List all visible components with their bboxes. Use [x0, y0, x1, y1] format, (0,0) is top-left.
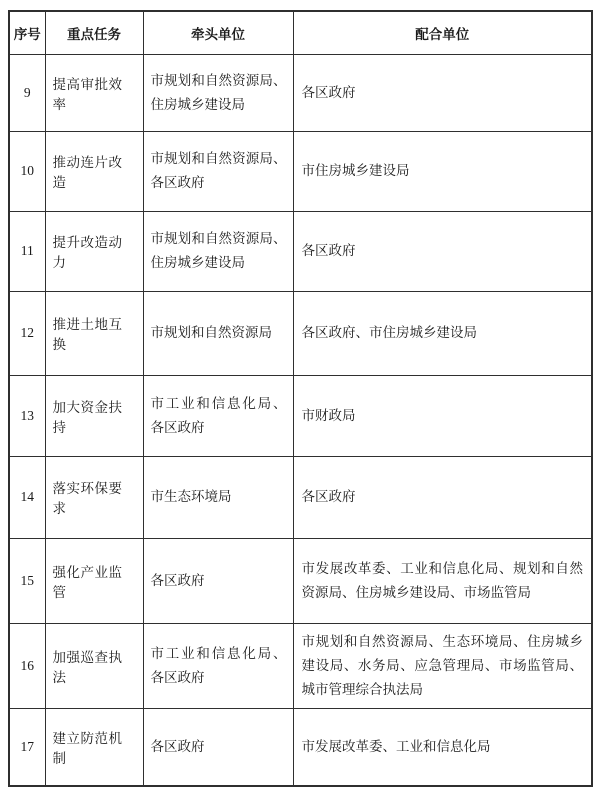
row-number: 11 — [9, 211, 45, 291]
text-line: 市住房城乡建设局 — [302, 159, 584, 183]
column-header-support-unit: 配合单位 — [293, 11, 592, 54]
text-line: 各区政府、市住房城乡建设局 — [302, 321, 584, 345]
support-unit-cell: 市发展改革委、工业和信息化局、规划和自然资源局、住房城乡建设局、市场监管局 — [293, 538, 592, 623]
text-line: 市工业和信息化局、 — [151, 392, 287, 416]
text-line: 市规划和自然资源局、生态环境局、住房城乡 — [302, 630, 584, 654]
support-unit-cell: 市住房城乡建设局 — [293, 131, 592, 211]
lead-unit-cell: 市规划和自然资源局、住房城乡建设局 — [143, 54, 293, 131]
lead-unit-cell: 市工业和信息化局、各区政府 — [143, 623, 293, 708]
lead-unit-cell: 各区政府 — [143, 708, 293, 786]
lead-unit-cell: 市规划和自然资源局、各区政府 — [143, 131, 293, 211]
column-header-lead-unit: 牵头单位 — [143, 11, 293, 54]
support-unit-cell: 市发展改革委、工业和信息化局 — [293, 708, 592, 786]
row-number: 9 — [9, 54, 45, 131]
key-tasks-table: 序号 重点任务 牵头单位 配合单位 9 提高审批效率 市规划和自然资源局、住房城… — [8, 10, 593, 787]
task-cell: 提升改造动力 — [45, 211, 143, 291]
text-line: 建设局、水务局、应急管理局、市场监管局、 — [302, 654, 584, 678]
text-line: 各区政府 — [151, 735, 287, 759]
support-unit-cell: 市规划和自然资源局、生态环境局、住房城乡建设局、水务局、应急管理局、市场监管局、… — [293, 623, 592, 708]
text-line: 各区政府 — [302, 239, 584, 263]
task-cell: 推进土地互换 — [45, 291, 143, 375]
text-line: 资源局、住房城乡建设局、市场监管局 — [302, 581, 584, 605]
text-line: 住房城乡建设局 — [151, 251, 287, 275]
row-number: 10 — [9, 131, 45, 211]
task-cell: 建立防范机制 — [45, 708, 143, 786]
document-page: 序号 重点任务 牵头单位 配合单位 9 提高审批效率 市规划和自然资源局、住房城… — [0, 0, 602, 797]
row-number: 13 — [9, 375, 45, 456]
support-unit-cell: 各区政府 — [293, 211, 592, 291]
text-line: 市规划和自然资源局、 — [151, 69, 287, 93]
text-line: 市发展改革委、工业和信息化局 — [302, 735, 584, 759]
table-row: 13 加大资金扶持 市工业和信息化局、各区政府 市财政局 — [9, 375, 592, 456]
text-line: 市财政局 — [302, 404, 584, 428]
support-unit-cell: 各区政府 — [293, 54, 592, 131]
lead-unit-cell: 市工业和信息化局、各区政府 — [143, 375, 293, 456]
text-line: 市规划和自然资源局、 — [151, 147, 287, 171]
table-body: 9 提高审批效率 市规划和自然资源局、住房城乡建设局 各区政府 10 推动连片改… — [9, 54, 592, 786]
column-header-number: 序号 — [9, 11, 45, 54]
text-line: 城市管理综合执法局 — [302, 678, 584, 702]
task-cell: 加大资金扶持 — [45, 375, 143, 456]
lead-unit-cell: 各区政府 — [143, 538, 293, 623]
support-unit-cell: 各区政府 — [293, 456, 592, 538]
lead-unit-cell: 市规划和自然资源局 — [143, 291, 293, 375]
lead-unit-cell: 市规划和自然资源局、住房城乡建设局 — [143, 211, 293, 291]
text-line: 市规划和自然资源局、 — [151, 227, 287, 251]
text-line: 市工业和信息化局、 — [151, 642, 287, 666]
text-line: 市生态环境局 — [151, 485, 287, 509]
text-line: 各区政府 — [302, 81, 584, 105]
support-unit-cell: 市财政局 — [293, 375, 592, 456]
table-row: 14 落实环保要求 市生态环境局 各区政府 — [9, 456, 592, 538]
row-number: 12 — [9, 291, 45, 375]
text-line: 各区政府 — [151, 666, 287, 690]
table-row: 10 推动连片改造 市规划和自然资源局、各区政府 市住房城乡建设局 — [9, 131, 592, 211]
text-line: 住房城乡建设局 — [151, 93, 287, 117]
row-number: 16 — [9, 623, 45, 708]
text-line: 各区政府 — [151, 416, 287, 440]
table-row: 17 建立防范机制 各区政府 市发展改革委、工业和信息化局 — [9, 708, 592, 786]
text-line: 市规划和自然资源局 — [151, 321, 287, 345]
task-cell: 强化产业监管 — [45, 538, 143, 623]
text-line: 各区政府 — [151, 171, 287, 195]
table-row: 15 强化产业监管 各区政府 市发展改革委、工业和信息化局、规划和自然资源局、住… — [9, 538, 592, 623]
row-number: 15 — [9, 538, 45, 623]
text-line: 各区政府 — [151, 569, 287, 593]
task-cell: 推动连片改造 — [45, 131, 143, 211]
task-cell: 落实环保要求 — [45, 456, 143, 538]
task-cell: 提高审批效率 — [45, 54, 143, 131]
text-line: 市发展改革委、工业和信息化局、规划和自然 — [302, 557, 584, 581]
row-number: 17 — [9, 708, 45, 786]
table-row: 16 加强巡查执法 市工业和信息化局、各区政府 市规划和自然资源局、生态环境局、… — [9, 623, 592, 708]
task-cell: 加强巡查执法 — [45, 623, 143, 708]
lead-unit-cell: 市生态环境局 — [143, 456, 293, 538]
table-header-row: 序号 重点任务 牵头单位 配合单位 — [9, 11, 592, 54]
row-number: 14 — [9, 456, 45, 538]
support-unit-cell: 各区政府、市住房城乡建设局 — [293, 291, 592, 375]
table-row: 12 推进土地互换 市规划和自然资源局 各区政府、市住房城乡建设局 — [9, 291, 592, 375]
table-row: 9 提高审批效率 市规划和自然资源局、住房城乡建设局 各区政府 — [9, 54, 592, 131]
table-row: 11 提升改造动力 市规划和自然资源局、住房城乡建设局 各区政府 — [9, 211, 592, 291]
column-header-task: 重点任务 — [45, 11, 143, 54]
text-line: 各区政府 — [302, 485, 584, 509]
